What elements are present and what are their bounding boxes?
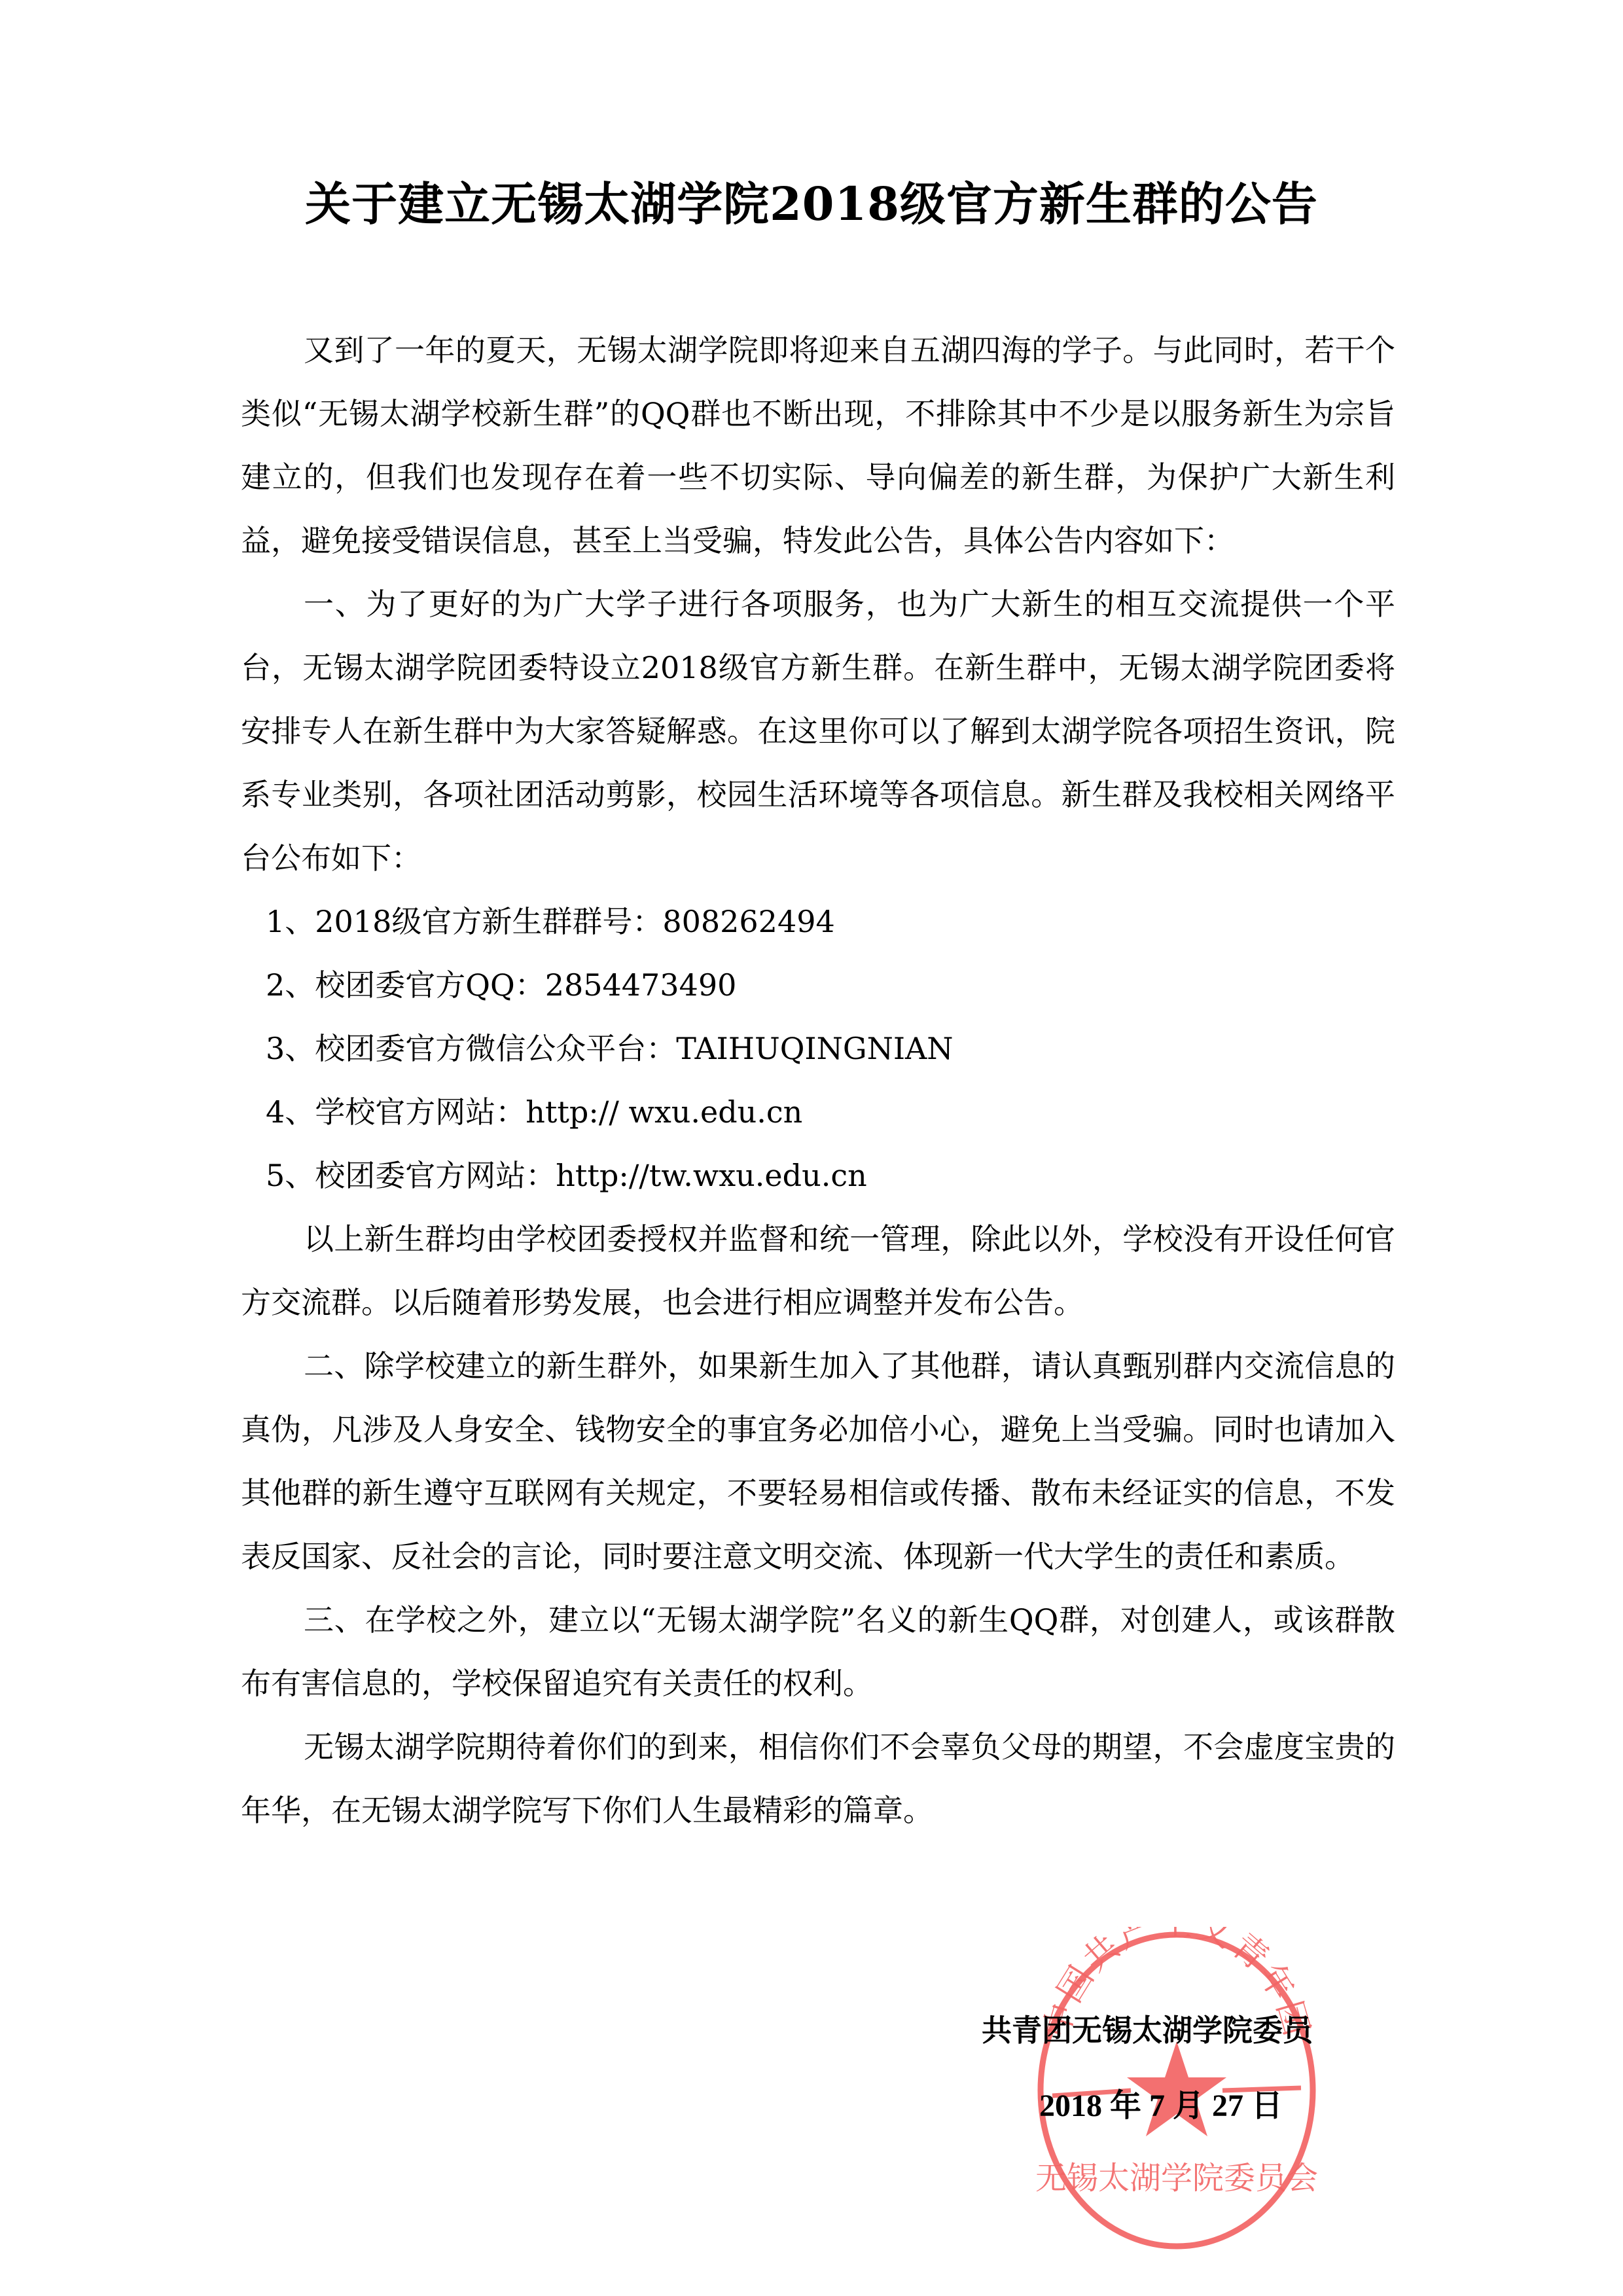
signature-organization: 共青团无锡太湖学院委员 [982, 2011, 1361, 2050]
school-website-link[interactable]: http:// wxu.edu.cn [526, 1094, 802, 1130]
official-qq-number: 2854473490 [545, 967, 737, 1003]
wechat-account: TAIHUQINGNIAN [676, 1031, 953, 1066]
platform-label: 1、2018级官方新生群群号： [266, 904, 662, 939]
page-title: 关于建立无锡太湖学院2018级官方新生群的公告 [0, 171, 1623, 237]
platform-list-item: 3、校团委官方微信公众平台：TAIHUQINGNIAN [241, 1017, 1395, 1081]
closing-paragraph: 无锡太湖学院期待着你们的到来，相信你们不会辜负父母的期望，不会虚度宝贵的年华，在… [241, 1715, 1395, 1842]
qq-group-number: 808262494 [662, 904, 834, 939]
section-1-paragraph: 一、为了更好的为广大学子进行各项服务，也为广大新生的相互交流提供一个平台，无锡太… [241, 573, 1395, 890]
youth-league-website-link[interactable]: http://tw.wxu.edu.cn [556, 1158, 866, 1193]
section-1-followup-paragraph: 以上新生群均由学校团委授权并监督和统一管理，除此以外，学校没有开设任何官方交流群… [241, 1208, 1395, 1335]
section-3-paragraph: 三、在学校之外，建立以“无锡太湖学院”名义的新生QQ群，对创建人，或该群散布有害… [241, 1588, 1395, 1715]
platform-list-item: 5、校团委官方网站：http://tw.wxu.edu.cn [241, 1144, 1395, 1208]
stamp-bottom-text: 无锡太湖学院委员会 [1035, 2160, 1318, 2197]
signature-date: 2018 年 7 月 27 日 [1039, 2087, 1366, 2126]
intro-paragraph: 又到了一年的夏天，无锡太湖学院即将迎来自五湖四海的学子。与此同时，若干个类似“无… [241, 319, 1395, 573]
platform-list-item: 2、校团委官方QQ：2854473490 [241, 954, 1395, 1017]
platform-label: 5、校团委官方网站： [266, 1158, 556, 1193]
section-2-paragraph: 二、除学校建立的新生群外，如果新生加入了其他群，请认真甄别群内交流信息的真伪，凡… [241, 1335, 1395, 1588]
platform-label: 2、校团委官方QQ： [266, 967, 545, 1003]
platform-label: 3、校团委官方微信公众平台： [266, 1031, 676, 1066]
platform-list: 1、2018级官方新生群群号：808262494 2、校团委官方QQ：28544… [241, 890, 1395, 1208]
platform-list-item: 1、2018级官方新生群群号：808262494 [241, 890, 1395, 954]
platform-label: 4、学校官方网站： [266, 1094, 526, 1130]
document-page: 关于建立无锡太湖学院2018级官方新生群的公告 又到了一年的夏天，无锡太湖学院即… [0, 0, 1623, 2296]
document-body: 又到了一年的夏天，无锡太湖学院即将迎来自五湖四海的学子。与此同时，若干个类似“无… [241, 319, 1395, 1842]
platform-list-item: 4、学校官方网站：http:// wxu.edu.cn [241, 1081, 1395, 1144]
